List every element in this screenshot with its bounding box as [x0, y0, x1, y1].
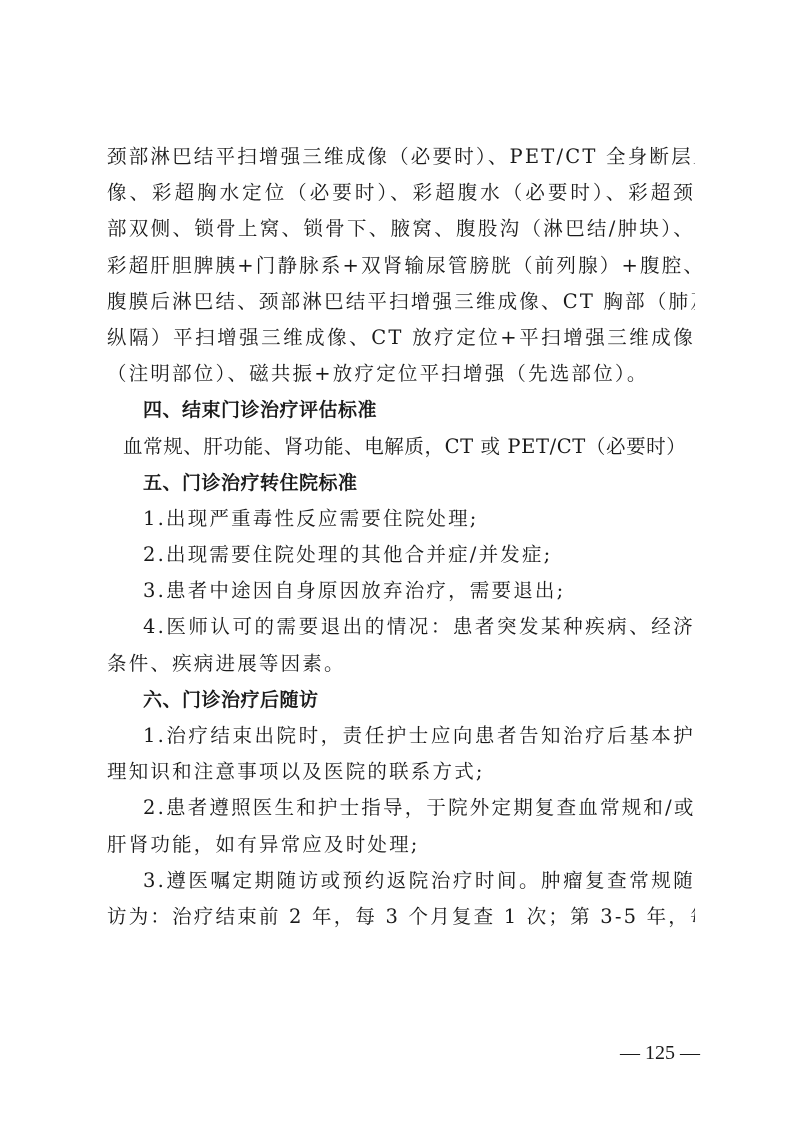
- section-heading-5: 五、门诊治疗转住院标准: [107, 465, 695, 501]
- paragraph-line: 纵隔）平扫增强三维成像、CT 放疗定位+平扫增强三维成像: [107, 320, 695, 356]
- paragraph-line: （注明部位）、磁共振+放疗定位平扫增强（先选部位）。: [107, 356, 695, 392]
- paragraph-line: 像、彩超胸水定位（必要时）、彩超腹水（必要时）、彩超颈: [107, 175, 695, 211]
- section-6-item-1-cont: 理知识和注意事项以及医院的联系方式;: [107, 754, 695, 790]
- section-5-item-4: 4.医师认可的需要退出的情况：患者突发某种疾病、经济: [107, 609, 695, 645]
- paragraph-line: 腹膜后淋巴结、颈部淋巴结平扫增强三维成像、CT 胸部（肺及: [107, 284, 695, 320]
- section-5-item-3: 3.患者中途因自身原因放弃治疗，需要退出;: [107, 573, 695, 609]
- document-page-body: 颈部淋巴结平扫增强三维成像（必要时）、PET/CT 全身断层显 像、彩超胸水定位…: [107, 139, 695, 935]
- section-5-item-1: 1.出现严重毒性反应需要住院处理;: [107, 501, 695, 537]
- page-number: — 125 —: [620, 1042, 700, 1065]
- paragraph-line: 部双侧、锁骨上窝、锁骨下、腋窝、腹股沟（淋巴结/肿块）、: [107, 211, 695, 247]
- section-4-body: 血常规、肝功能、肾功能、电解质，CT 或 PET/CT（必要时）: [107, 429, 695, 465]
- paragraph-line: 彩超肝胆脾胰+门静脉系+双肾输尿管膀胱（前列腺）+腹腔、: [107, 248, 695, 284]
- section-5-item-2: 2.出现需要住院处理的其他合并症/并发症;: [107, 537, 695, 573]
- section-heading-6: 六、门诊治疗后随访: [107, 682, 695, 718]
- section-5-item-4-cont: 条件、疾病进展等因素。: [107, 646, 695, 682]
- section-6-item-2: 2.患者遵照医生和护士指导，于院外定期复查血常规和/或: [107, 790, 695, 826]
- section-6-item-2-cont: 肝肾功能，如有异常应及时处理;: [107, 827, 695, 863]
- section-6-item-1: 1.治疗结束出院时，责任护士应向患者告知治疗后基本护: [107, 718, 695, 754]
- section-6-item-3-cont: 访为：治疗结束前 2 年，每 3 个月复查 1 次；第 3-5 年，每 6 个: [107, 899, 695, 935]
- section-6-item-3: 3.遵医嘱定期随访或预约返院治疗时间。肿瘤复查常规随: [107, 863, 695, 899]
- section-heading-4: 四、结束门诊治疗评估标准: [107, 392, 695, 428]
- paragraph-line: 颈部淋巴结平扫增强三维成像（必要时）、PET/CT 全身断层显: [107, 139, 695, 175]
